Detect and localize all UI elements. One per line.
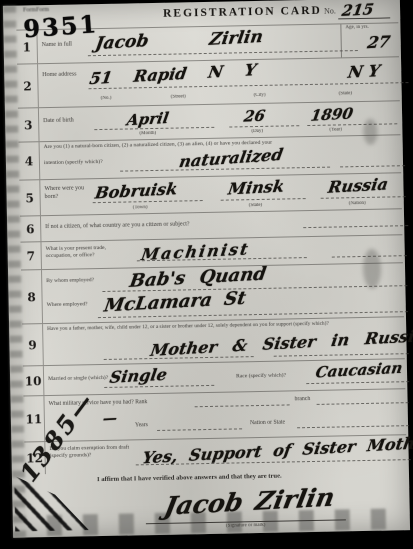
race-label: Race (specify which)? [236, 372, 286, 380]
row-7-number: 7 [20, 242, 42, 269]
citizenship-question-line2: intention (specify which)? [44, 159, 103, 167]
military-branch-rule [317, 402, 409, 405]
row-4-number: 4 [19, 142, 41, 179]
signature-caption: (Signature or mark) [226, 523, 266, 530]
age-value-handwriting: 27 [366, 32, 391, 52]
signature-row: Jacob Zirlin (Signature or mark) [25, 482, 408, 541]
row-9-number: 9 [22, 324, 44, 365]
home-address-handwriting: 51 Rapid N Y [88, 60, 258, 88]
dob-sub-year: (Year) [329, 127, 342, 133]
birthplace-rule-nation [321, 196, 406, 199]
row-5-number: 5 [19, 180, 41, 215]
dob-sub-day: (Day) [251, 129, 263, 135]
military-branch-label: branch [294, 396, 310, 404]
age-label: Age, in yrs. [345, 25, 368, 32]
military-nation-rule [297, 425, 409, 428]
birthplace-town-handwriting: Bobruisk [94, 179, 179, 202]
dob-day-handwriting: 26 [243, 106, 267, 125]
scan-smudge-right-2 [363, 119, 377, 145]
row-2-number: 2 [17, 64, 39, 107]
age-box: Age, in yrs. 27 [340, 23, 399, 57]
birthplace-sub-state: (State) [249, 203, 262, 210]
military-years-label: Years [135, 422, 148, 429]
address-sub-state: (State) [339, 91, 352, 98]
citizenship-rule-2 [340, 165, 405, 167]
serial-number-stamp: 9351 [22, 9, 99, 43]
scan-smudge-right [363, 249, 382, 289]
marital-handwriting: Single [108, 365, 168, 387]
dob-sub-month: (Month) [139, 131, 156, 138]
row-3-number: 3 [18, 108, 40, 141]
name-label: Name in full [42, 41, 90, 49]
birthplace-state-handwriting: Minsk [227, 177, 286, 199]
military-years-rule [157, 428, 242, 431]
birthplace-rule-state [221, 198, 306, 201]
form-number-label: Form [23, 7, 36, 13]
card-title: REGISTRATION CARD [163, 5, 322, 20]
employed-where-label: Where employed? [47, 301, 95, 309]
dependents-rule [104, 356, 254, 360]
name-first-handwriting: Jacob [94, 31, 150, 54]
dependents-rule-2 [274, 353, 409, 357]
row-6-number: 6 [20, 216, 41, 241]
birthplace-nation-handwriting: Russia [327, 174, 390, 196]
affirmation-text: I affirm that I have verified above answ… [97, 473, 282, 485]
signature-handwriting: Jacob Zirlin [162, 483, 337, 521]
address-sub-city: (City) [254, 93, 266, 99]
row-8-number: 8 [21, 270, 43, 323]
military-answer-handwriting: — [102, 410, 119, 427]
birthplace-label: Where were you born? [44, 185, 88, 201]
card-no-label: No. [324, 6, 336, 16]
military-nation-label: Nation or State [250, 420, 285, 428]
name-last-handwriting: Zirlin [208, 27, 265, 50]
race-handwriting: Caucasian [314, 359, 404, 382]
dob-rule-day [229, 125, 299, 127]
row-dependents: 9 Have you a father, mother, wife, child… [22, 317, 405, 366]
scanned-page: Form REGISTRATION CARD No. 215 1 Name in… [0, 0, 413, 549]
dob-month-handwriting: April [126, 109, 171, 129]
alien-question: If not a citizen, of what country are yo… [45, 219, 305, 231]
birthplace-sub-town: (Town) [133, 205, 148, 212]
row-employer: 8 By whom employed? Bab's Quand Where em… [21, 263, 404, 324]
employer-label: By whom employed? [46, 277, 94, 285]
dob-label: Date of birth [43, 117, 89, 125]
card-no-underline [338, 17, 390, 19]
card-rows: Form REGISTRATION CARD No. 215 1 Name in… [16, 0, 408, 542]
registration-card: Form REGISTRATION CARD No. 215 1 Name in… [3, 0, 410, 538]
employed-where-handwriting: McLamara St [103, 288, 248, 317]
home-address-state-handwriting: N Y [347, 61, 382, 82]
row-10-number: 10 [23, 366, 45, 395]
marital-label: Married or single (which)? [48, 375, 110, 383]
home-address-label: Home address [42, 71, 86, 79]
military-rank-rule [195, 404, 290, 407]
address-sub-no: (No.) [101, 96, 112, 102]
row-home-address: 2 Home address 51 Rapid N Y N Y (No.) (S… [17, 57, 400, 108]
alien-rule [303, 225, 408, 228]
dob-rule-month [94, 127, 214, 130]
occupation-label: What is your present trade, occupation, … [46, 245, 108, 260]
address-sub-street: (Street) [171, 94, 186, 101]
race-rule [306, 381, 409, 384]
dob-year-handwriting: 1890 [310, 104, 355, 124]
birthplace-sub-nation: (Nation) [349, 201, 366, 208]
